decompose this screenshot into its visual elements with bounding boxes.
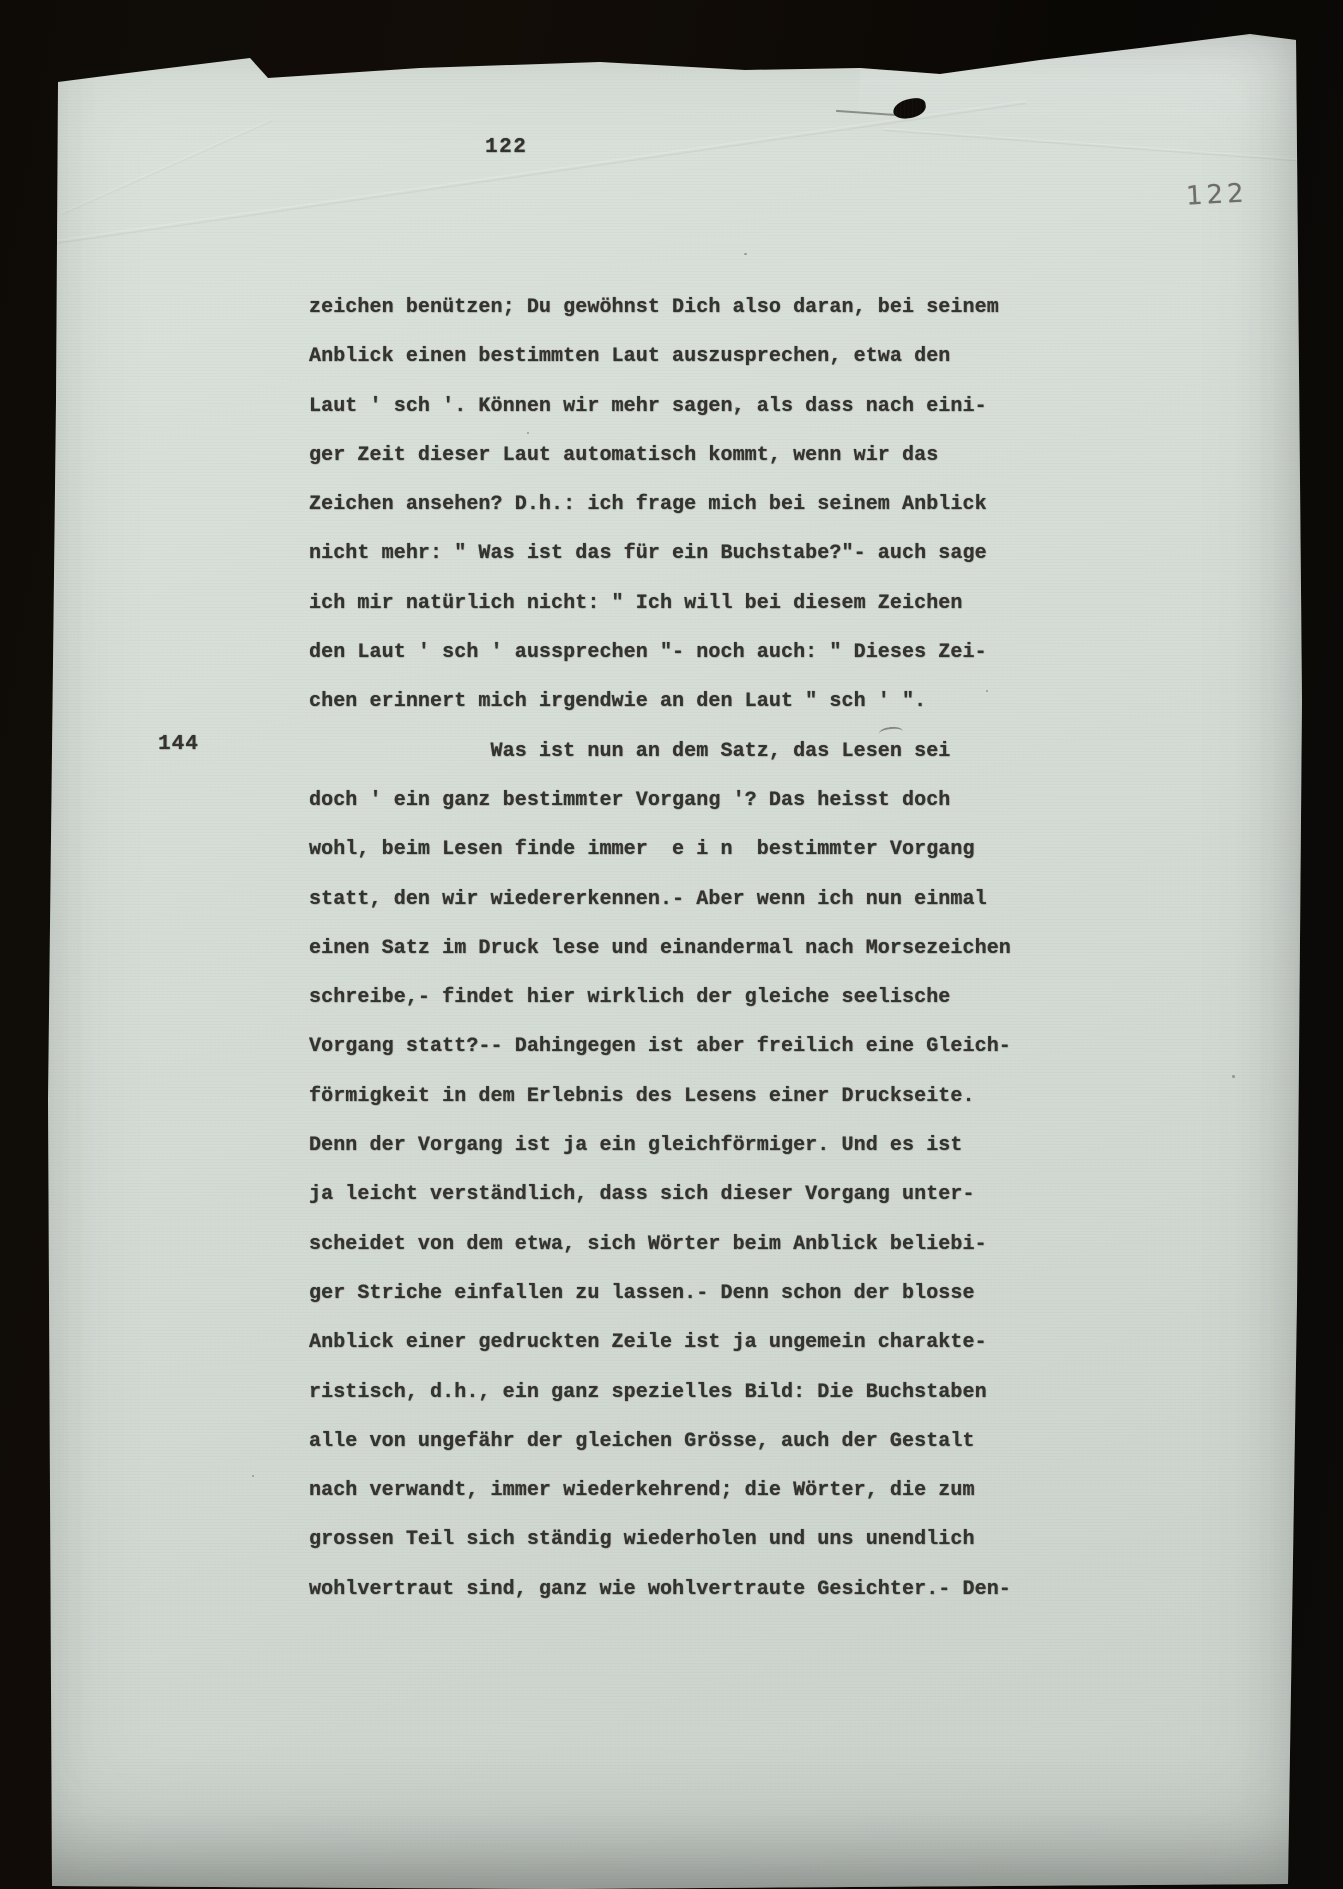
paper-shading [0,0,1343,1889]
typescript-paper-sheet: 122 122 144 zeichen benützen; Du gewöhns… [0,0,1343,1889]
photo-background: 122 122 144 zeichen benützen; Du gewöhns… [0,0,1343,1889]
